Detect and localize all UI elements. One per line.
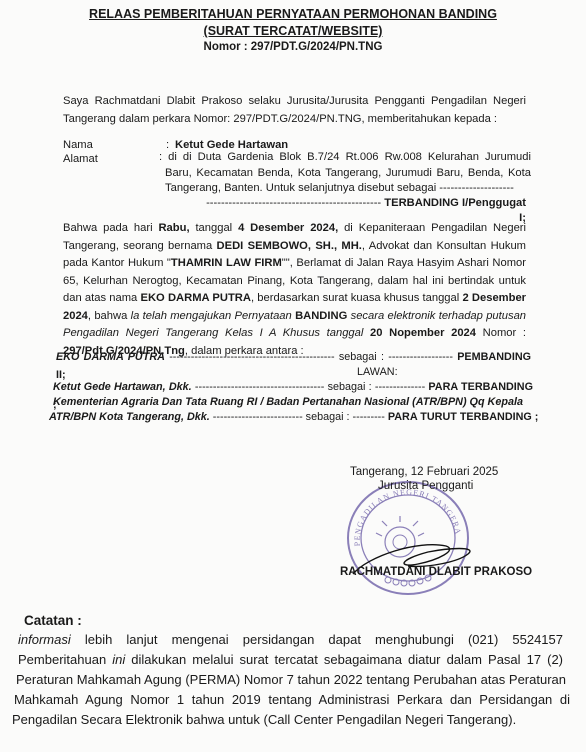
body-lawyer: DEDI SEMBOWO, SH., MH.	[217, 240, 362, 252]
notes-text: lebih lanjut mengenai persidangan dapat …	[71, 632, 563, 647]
party-3-name-cont: ATR/BPN Kota Tangerang, Dkk.	[49, 411, 210, 423]
notes-text: informasi	[18, 632, 71, 647]
dashes: ------------------	[388, 351, 457, 363]
party-3-name: Kementerian Agraria Dan Tata Ruang RI / …	[53, 396, 523, 408]
signature-position: Jurusita Pengganti	[378, 480, 473, 492]
dashes: --------------	[375, 381, 429, 393]
sebagai-label: sebagai :	[339, 351, 388, 363]
notes-line-5: Pengadilan Secara Elektronik bahwa untuk…	[12, 710, 516, 730]
notes-title: Catatan :	[24, 613, 82, 628]
court-stamp-icon: PENGADILAN NEGERI TANGERANG	[338, 476, 478, 596]
notes-line-1: informasi lebih lanjut mengenai persidan…	[18, 630, 563, 650]
body-text: la telah mengajukan Pernyataan	[131, 310, 295, 322]
body-day: Rabu,	[158, 222, 189, 234]
notes-line-4: Mahkamah Agung Nomor 1 tahun 2019 tentan…	[14, 690, 570, 710]
notes-text: ini	[112, 652, 125, 667]
body-date: 4 Desember 2024,	[238, 222, 338, 234]
dashes: ---------	[353, 411, 388, 423]
notes-text: dilakukan melalui surat tercatat sebagai…	[125, 652, 563, 667]
role-dashes: ----------------------------------------…	[206, 197, 381, 209]
body-text: , berdasarkan surat kuasa khusus tanggal	[251, 292, 463, 304]
intro-line-2: Tangerang dalam perkara Nomor: 297/PDT.G…	[63, 110, 526, 128]
dashes: ----------------------------------------…	[165, 351, 339, 363]
document-title: RELAAS PEMBERITAHUAN PERNYATAAN PERMOHON…	[0, 7, 586, 21]
body-client: EKO DARMA PUTRA	[140, 292, 250, 304]
sebagai-label: sebagai :	[306, 411, 353, 423]
party-2-name: Ketut Gede Hartawan, Dkk.	[53, 381, 192, 393]
notes-line-2: Pemberitahuan ini dilakukan melalui sura…	[18, 650, 563, 670]
intro-line-1: Saya Rachmatdani Dlabit Prakoso selaku J…	[63, 92, 526, 110]
party-turut-line-2: ATR/BPN Kota Tangerang, Dkk. -----------…	[49, 408, 538, 426]
dashes: -------------------------	[210, 411, 306, 423]
body-putusan-date: 20 Nopember 2024	[370, 327, 476, 339]
signatory-name: RACHMATDANI DLABIT PRAKOSO	[340, 566, 532, 578]
recipient-address: : di di Duta Gardenia Blok B.7/24 Rt.006…	[159, 150, 531, 197]
document-subtitle: (SURAT TERCATAT/WEBSITE)	[0, 24, 586, 38]
body-text: tanggal	[190, 222, 239, 234]
body-firm: THAMRIN LAW FIRM	[171, 257, 282, 269]
body-paragraph: Bahwa pada hari Rabu, tanggal 4 Desember…	[63, 220, 526, 360]
party-3-role: PARA TURUT TERBANDING ;	[388, 411, 539, 423]
alamat-label: Alamat	[63, 150, 98, 168]
sebagai-label: sebagai :	[328, 381, 375, 393]
signature-place-date: Tangerang, 12 Februari 2025	[350, 466, 498, 478]
body-text: Bahwa pada hari	[63, 222, 158, 234]
body-text: Nomor :	[476, 327, 526, 339]
body-banding: BANDING	[295, 310, 347, 322]
dashes: ------------------------------------	[192, 381, 328, 393]
notes-line-3: Peraturan Mahkamah Agung (PERMA) Nomor 7…	[16, 670, 566, 690]
body-text: , bahwa	[88, 310, 131, 322]
notes-text: Pemberitahuan	[18, 652, 112, 667]
document-number: Nomor : 297/PDT.G/2024/PN.TNG	[0, 41, 586, 53]
party-1-name: EKO DARMA PUTRA	[56, 351, 165, 363]
